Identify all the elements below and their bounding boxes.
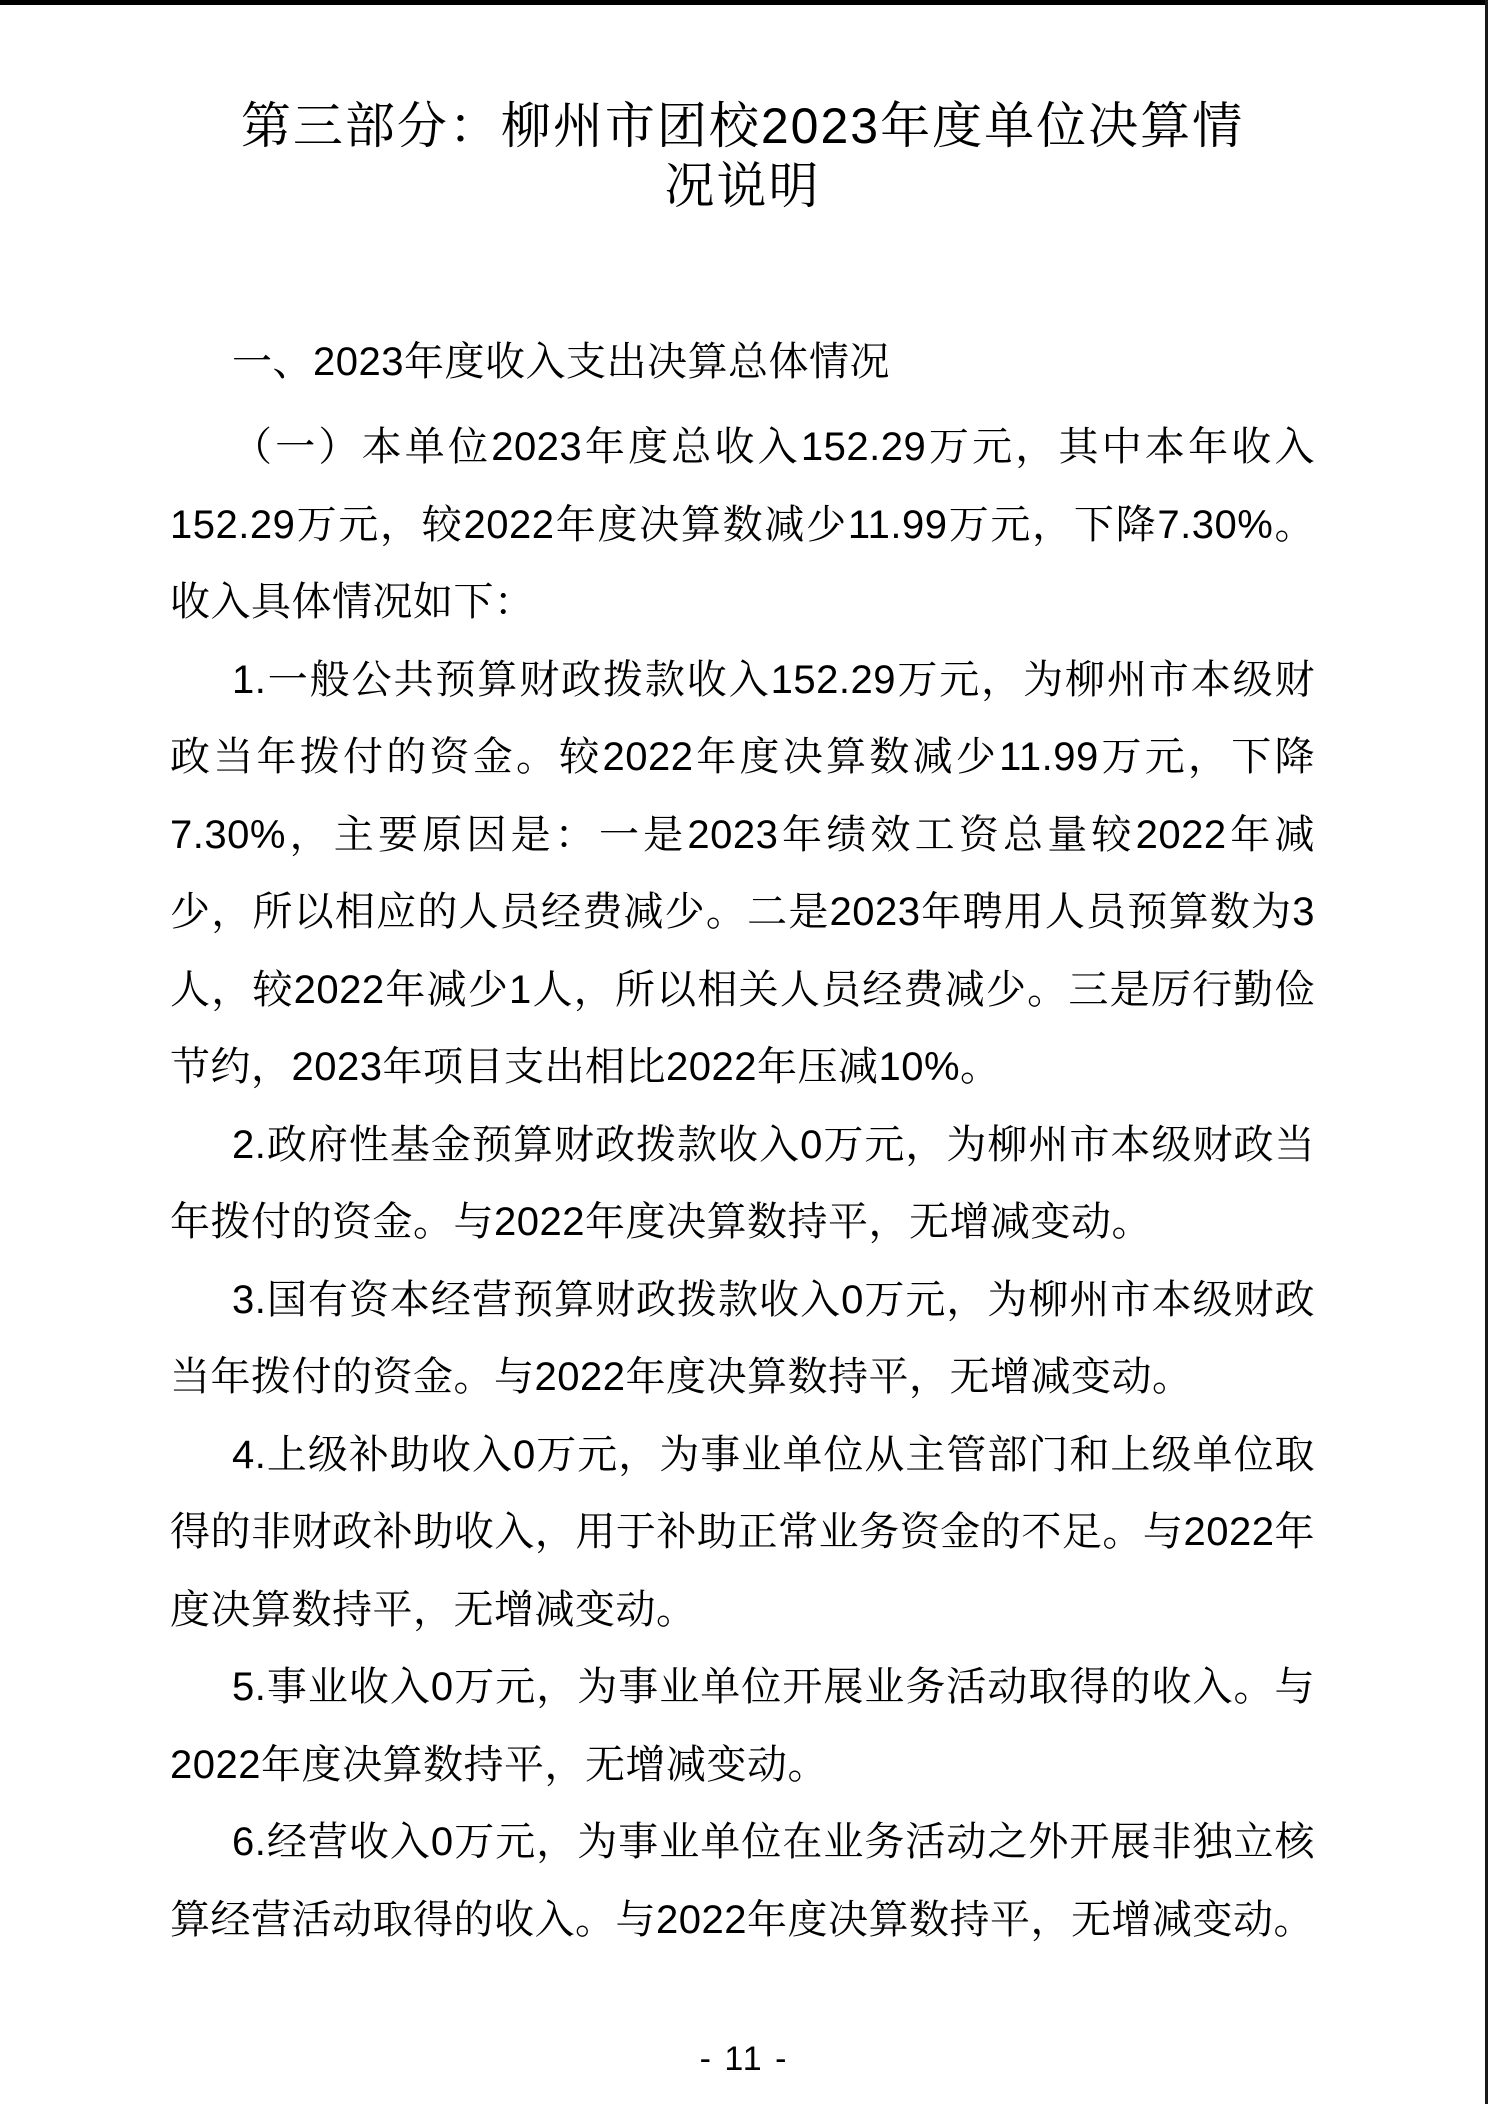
- paragraph-item1-general-public-budget: 1.一般公共预算财政拨款收入152.29万元，为柳州市本级财政当年拨付的资金。较…: [170, 642, 1315, 1107]
- paragraph-item4-superior-subsidy-income: 4.上级补助收入0万元，为事业单位从主管部门和上级单位取得的非财政补助收入，用于…: [170, 1417, 1315, 1650]
- document-title-line2: 况说明: [170, 156, 1315, 216]
- paragraph-item5-institutional-income: 5.事业收入0万元，为事业单位开展业务活动取得的收入。与2022年度决算数持平，…: [170, 1649, 1315, 1804]
- page-number: - 11 -: [0, 2040, 1488, 2079]
- document-title-line1: 第三部分：柳州市团校2023年度单位决算情: [170, 96, 1315, 156]
- document-page: 第三部分：柳州市团校2023年度单位决算情 况说明 一、2023年度收入支出决算…: [0, 0, 1488, 2104]
- paragraph-item3-state-capital-budget: 3.国有资本经营预算财政拨款收入0万元，为柳州市本级财政当年拨付的资金。与202…: [170, 1262, 1315, 1417]
- paragraph-total-income-overview: （一）本单位2023年度总收入152.29万元，其中本年收入152.29万元，较…: [170, 409, 1315, 642]
- paragraph-item6-operating-income: 6.经营收入0万元，为事业单位在业务活动之外开展非独立核算经营活动取得的收入。与…: [170, 1804, 1315, 1959]
- paragraph-item2-government-fund-budget: 2.政府性基金预算财政拨款收入0万元，为柳州市本级财政当年拨付的资金。与2022…: [170, 1107, 1315, 1262]
- document-title: 第三部分：柳州市团校2023年度单位决算情 况说明: [170, 96, 1315, 216]
- document-content: 第三部分：柳州市团校2023年度单位决算情 况说明 一、2023年度收入支出决算…: [170, 96, 1315, 1959]
- section-heading-income-expenditure-overview: 一、2023年度收入支出决算总体情况: [170, 324, 1315, 401]
- scan-top-border: [0, 0, 1488, 5]
